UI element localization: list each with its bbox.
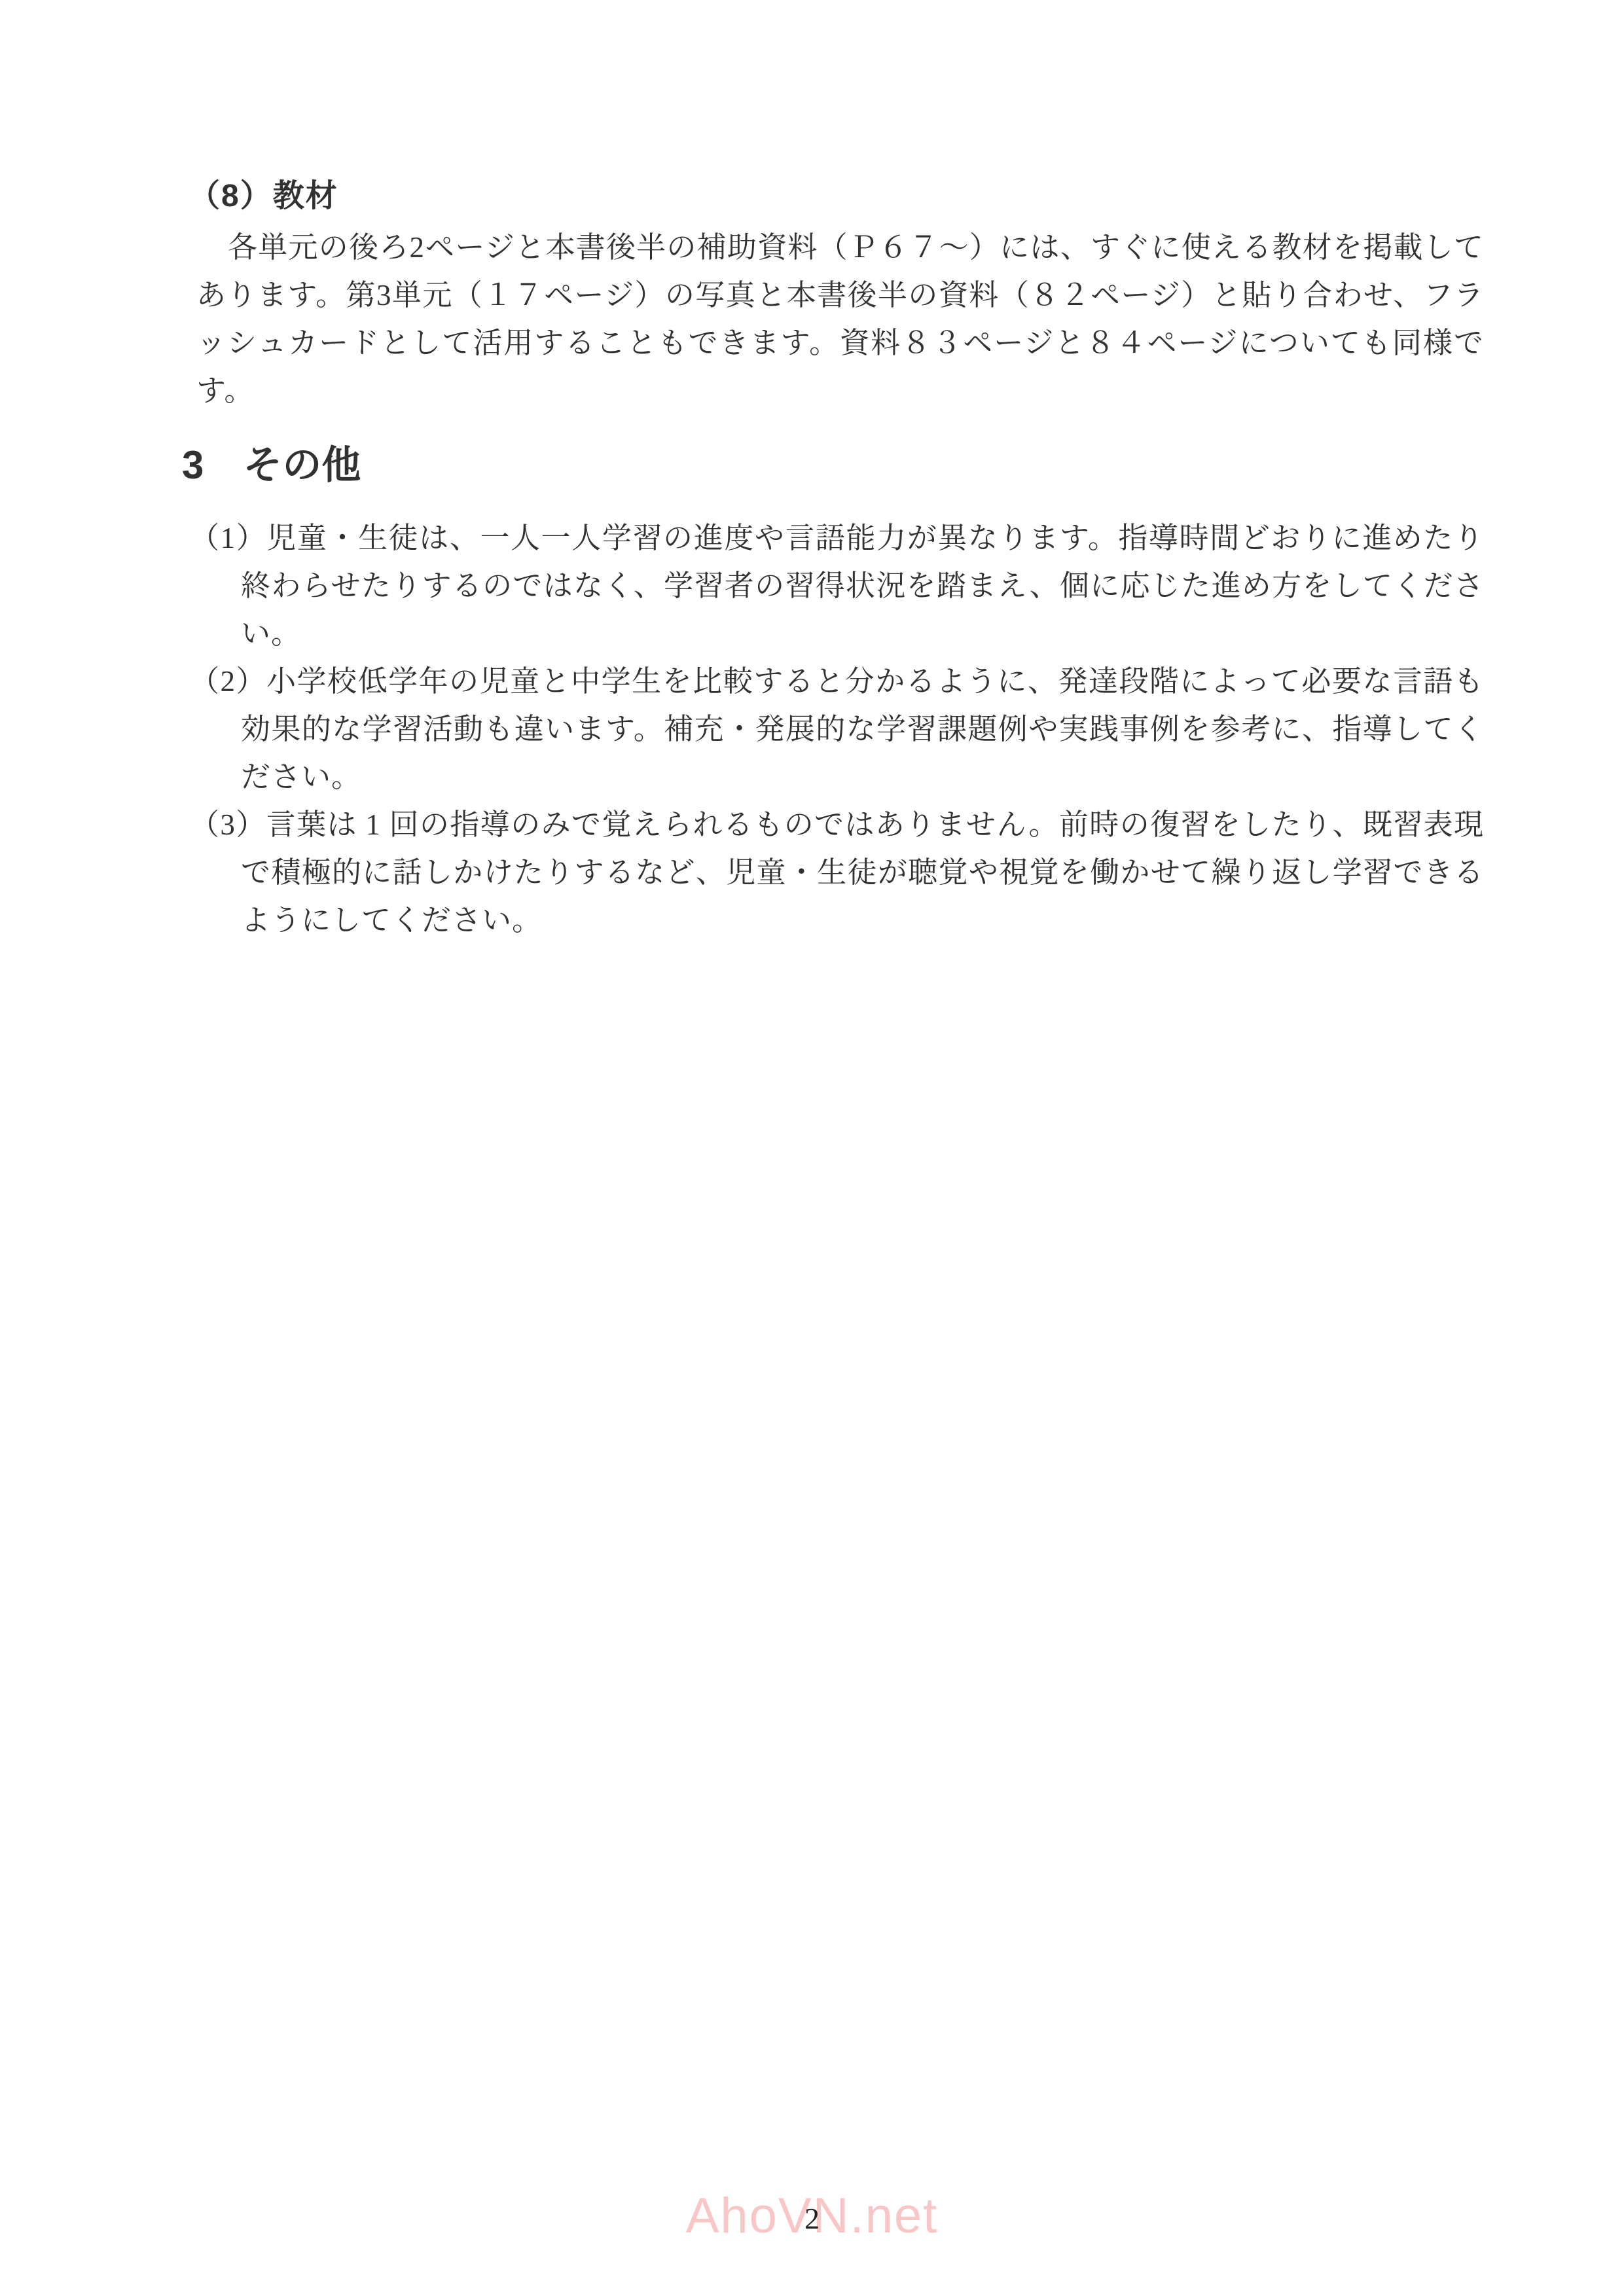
- page-number: 2: [0, 2200, 1624, 2237]
- list-item: （3）言葉は 1 回の指導のみで覚えられるものではありません。前時の復習をしたり…: [190, 801, 1484, 944]
- list-item: （1）児童・生徒は、一人一人学習の進度や言語能力が異なります。指導時間どおりに進…: [190, 514, 1484, 658]
- list-item: （2）小学校低学年の児童と中学生を比較すると分かるように、発達段階によって必要な…: [190, 658, 1484, 801]
- document-page: （8）教材 各単元の後ろ2ページと本書後半の補助資料（Ｐ６７～）には、すぐに使え…: [0, 0, 1624, 2296]
- section-8-paragraph: 各単元の後ろ2ページと本書後半の補助資料（Ｐ６７～）には、すぐに使える教材を掲載…: [196, 224, 1484, 415]
- section-3-heading: 3 その他: [182, 442, 361, 488]
- section-3-item-list: （1）児童・生徒は、一人一人学習の進度や言語能力が異なります。指導時間どおりに進…: [190, 514, 1484, 944]
- section-8-heading: （8）教材: [189, 178, 338, 215]
